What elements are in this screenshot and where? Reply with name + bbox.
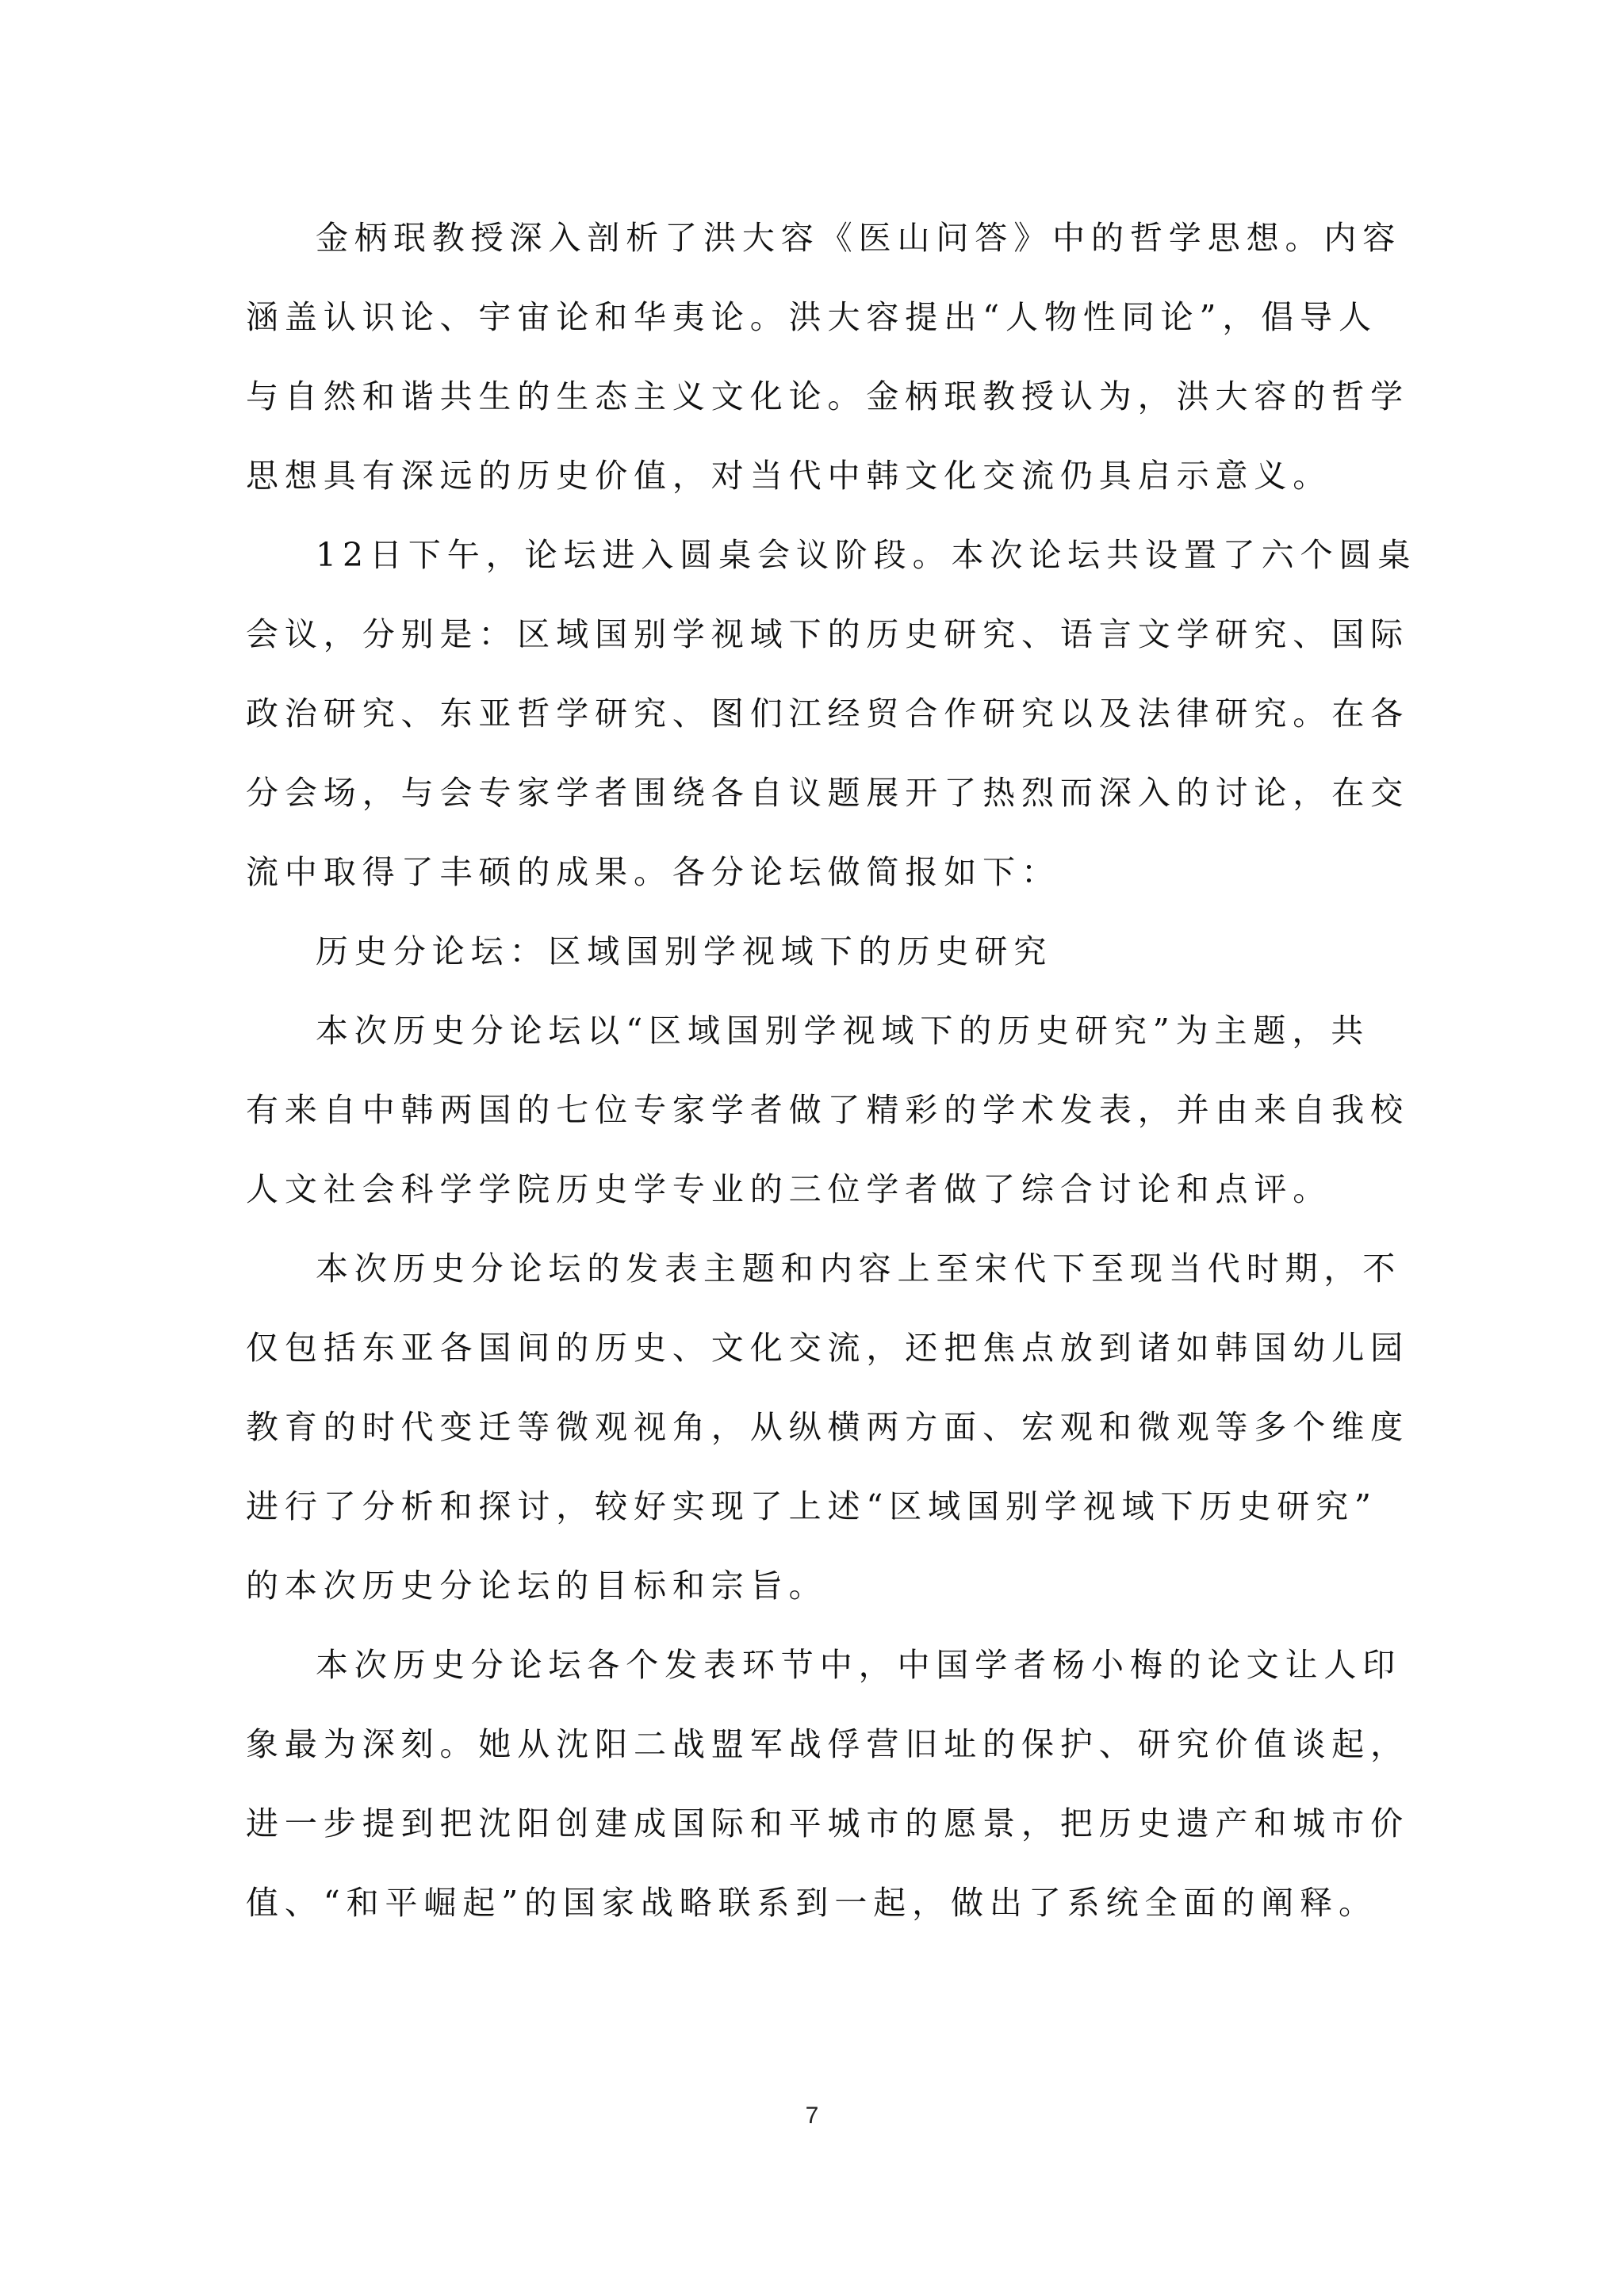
text-line: 涵盖认识论、宇宙论和华夷论。洪大容提出“人物性同论”，倡导人 [246, 287, 1386, 366]
text-line: 与自然和谐共生的生态主义文化论。金柄珉教授认为，洪大容的哲学 [246, 366, 1386, 446]
text-line: 人文社会科学学院历史学专业的三位学者做了综合讨论和点评。 [246, 1159, 1386, 1238]
text-line: 流中取得了丰硕的成果。各分论坛做简报如下： [246, 842, 1386, 921]
section-heading-history-forum: 历史分论坛：区域国别学视域下的历史研究 [246, 921, 1386, 1001]
text-line: 进一步提到把沈阳创建成国际和平城市的愿景，把历史遗产和城市价 [246, 1793, 1386, 1873]
paragraph-history-forum-intro: 本次历史分论坛以“区域国别学视域下的历史研究”为主题，共 有来自中韩两国的七位专… [246, 1001, 1386, 1238]
text-line: 的本次历史分论坛的目标和宗旨。 [246, 1556, 1386, 1635]
text-line: 本次历史分论坛以“区域国别学视域下的历史研究”为主题，共 [246, 1001, 1386, 1080]
page-number: 7 [0, 2103, 1624, 2130]
paragraph-kim-philosophy: 金柄珉教授深入剖析了洪大容《医山问答》中的哲学思想。内容 涵盖认识论、宇宙论和华… [246, 208, 1386, 525]
text-line: 分会场，与会专家学者围绕各自议题展开了热烈而深入的讨论，在交 [246, 763, 1386, 842]
text-line: 仅包括东亚各国间的历史、文化交流，还把焦点放到诸如韩国幼儿园 [246, 1318, 1386, 1397]
text-line: 政治研究、东亚哲学研究、图们江经贸合作研究以及法律研究。在各 [246, 683, 1386, 763]
text-line: 金柄珉教授深入剖析了洪大容《医山问答》中的哲学思想。内容 [246, 208, 1386, 287]
text-line: 教育的时代变迁等微观视角，从纵横两方面、宏观和微观等多个维度 [246, 1397, 1386, 1476]
text-line: 本次历史分论坛的发表主题和内容上至宋代下至现当代时期，不 [246, 1238, 1386, 1318]
text-line: 会议，分别是：区域国别学视域下的历史研究、语言文学研究、国际 [246, 604, 1386, 683]
text-line: 有来自中韩两国的七位专家学者做了精彩的学术发表，并由来自我校 [246, 1080, 1386, 1159]
text-line: 象最为深刻。她从沈阳二战盟军战俘营旧址的保护、研究价值谈起， [246, 1714, 1386, 1793]
paragraph-yang-xiaomei: 本次历史分论坛各个发表环节中，中国学者杨小梅的论文让人印 象最为深刻。她从沈阳二… [246, 1635, 1386, 1952]
paragraph-history-forum-topics: 本次历史分论坛的发表主题和内容上至宋代下至现当代时期，不 仅包括东亚各国间的历史… [246, 1238, 1386, 1635]
document-body: 金柄珉教授深入剖析了洪大容《医山问答》中的哲学思想。内容 涵盖认识论、宇宙论和华… [246, 208, 1386, 1952]
text-line: 进行了分析和探讨，较好实现了上述“区域国别学视域下历史研究” [246, 1476, 1386, 1556]
text-line: 思想具有深远的历史价值，对当代中韩文化交流仍具启示意义。 [246, 446, 1386, 525]
paragraph-roundtable: 12日下午，论坛进入圆桌会议阶段。本次论坛共设置了六个圆桌 会议，分别是：区域国… [246, 525, 1386, 921]
text-line: 本次历史分论坛各个发表环节中，中国学者杨小梅的论文让人印 [246, 1635, 1386, 1714]
text-line: 值、“和平崛起”的国家战略联系到一起，做出了系统全面的阐释。 [246, 1873, 1386, 1952]
text-line: 12日下午，论坛进入圆桌会议阶段。本次论坛共设置了六个圆桌 [246, 525, 1386, 604]
section-heading: 历史分论坛：区域国别学视域下的历史研究 [246, 921, 1386, 1001]
